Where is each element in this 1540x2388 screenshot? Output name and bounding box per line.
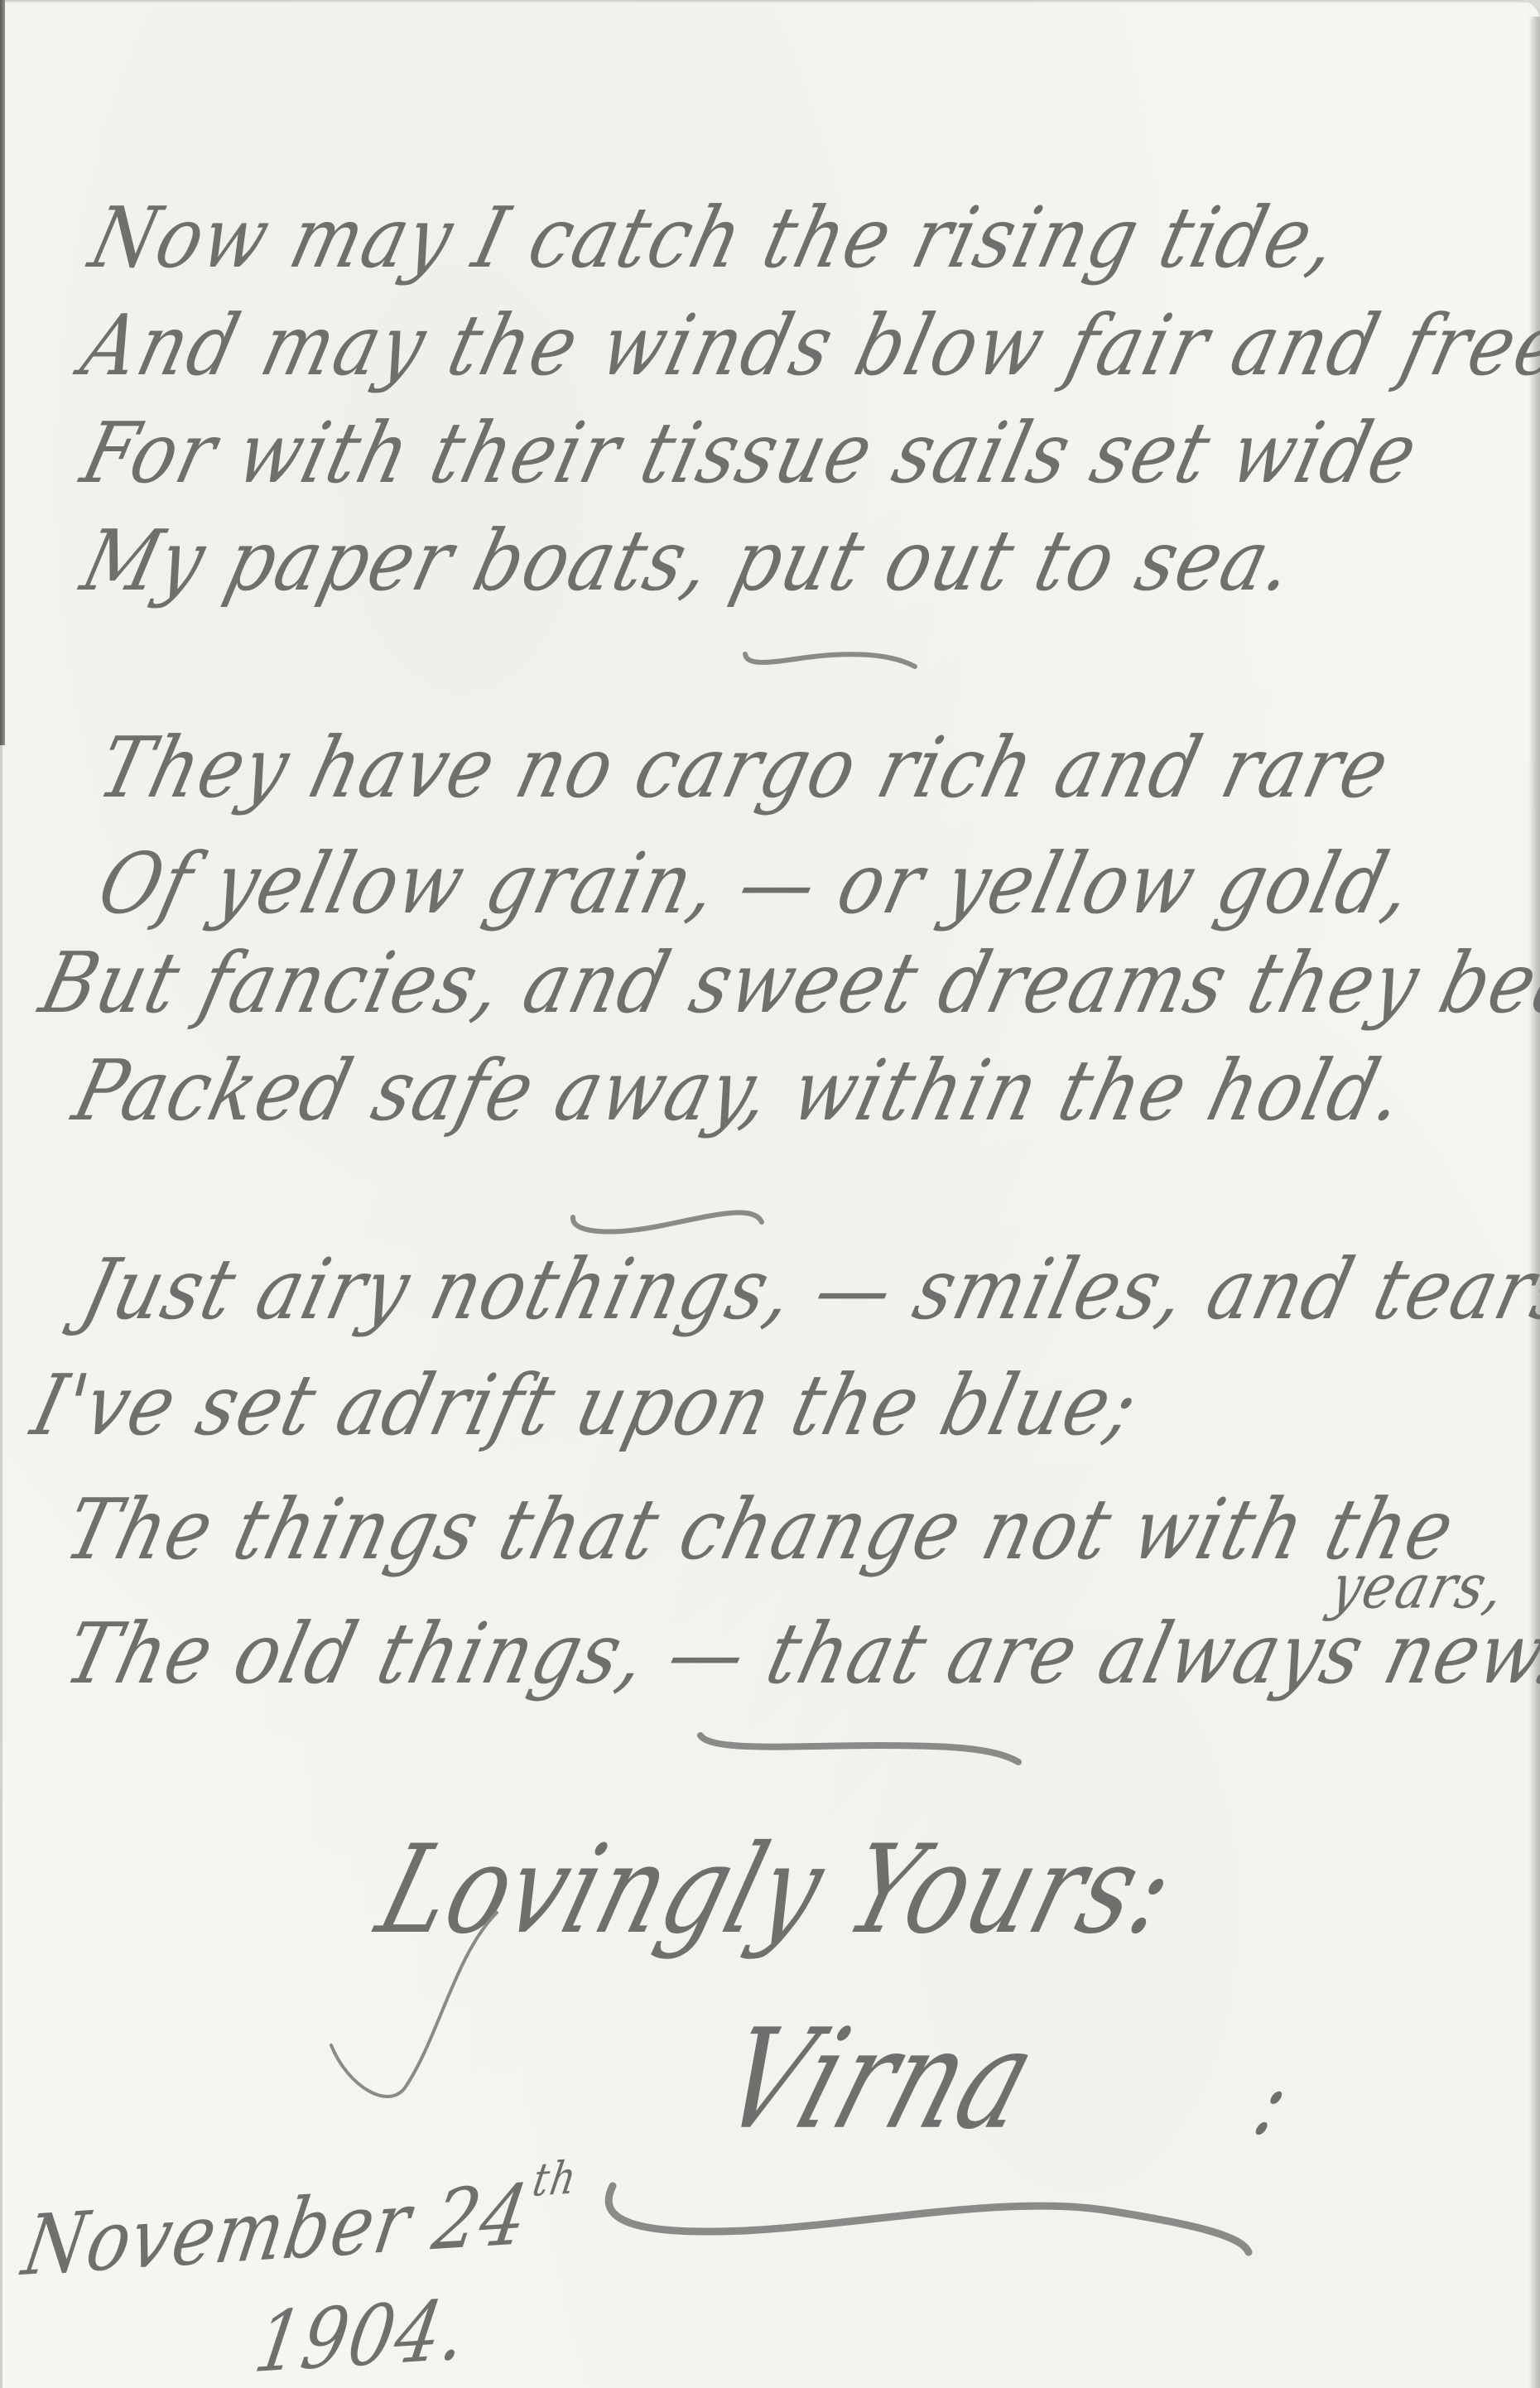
poem-line: Of yellow grain, — or yellow gold, [91,842,1422,926]
poem-line: They have no cargo rich and rare [91,726,1398,810]
signature: Virna [704,2000,1055,2160]
poem-line: But fancies, and sweet dreams they bear, [33,941,1540,1025]
poem-line: Now may I catch the rising tide, [83,196,1346,280]
signature-mark: : [1242,2044,1306,2158]
letter-page: Now may I catch the rising tide, And may… [0,0,1540,2388]
poem-line: Packed safe away, within the hold. [66,1049,1413,1133]
poem-line: Just airy nothings, — smiles, and tears, [75,1248,1540,1331]
poem-line: My paper boats, put out to sea. [75,519,1303,603]
stanza-divider-flourish [695,1731,1043,1780]
date-line: November 24th [17,2150,582,2294]
poem-line: And may the winds blow fair and free, [75,304,1540,388]
stanza-divider-flourish [737,646,936,679]
paper-left-border-lower [0,745,2,2388]
signature-underline-flourish [580,2169,1292,2269]
stanza-divider-flourish [563,1192,778,1242]
date-ordinal: th [529,2150,582,2207]
poem-line: For with their tissue sails set wide [75,412,1426,495]
poem-line: The things that change not with the [58,1488,1463,1572]
salutation-flourish [315,1904,530,2120]
paper-top-edge [0,0,1540,3]
paper-left-border [0,0,5,745]
date-year: 1904. [248,2281,474,2388]
poem-line: I've set adrift upon the blue; [25,1364,1147,1447]
date-month-day: November 24 [17,2166,536,2294]
poem-line: The old things, — that are always new. [58,1612,1540,1696]
